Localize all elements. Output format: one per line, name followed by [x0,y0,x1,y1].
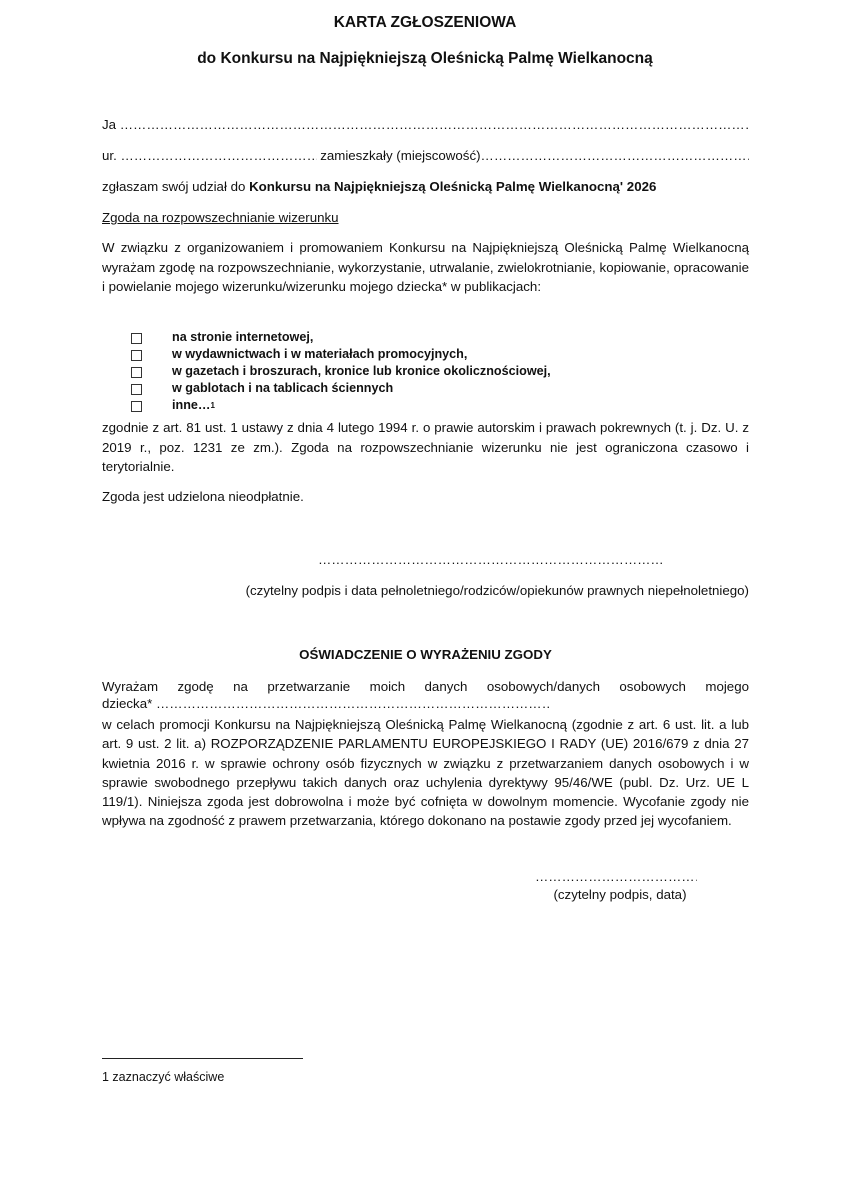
residence-label: zamieszkały (miejscowość) [320,148,480,163]
checkbox-icon[interactable] [131,333,142,344]
child-label: dziecka* [102,696,152,711]
footnote-ref: 1 [210,397,214,414]
child-field[interactable]: …………………………………………………………………………………………………………… [156,696,551,711]
checkbox-icon[interactable] [131,401,142,412]
option-label: w gablotach i na tablicach ściennych [172,380,393,397]
signature-caption-data-consent: (czytelny podpis, data) [540,887,700,902]
checkbox-icon[interactable] [131,350,142,361]
option-label: na stronie internetowej, [172,329,313,346]
option-website[interactable]: na stronie internetowej, [131,329,731,346]
option-showcases[interactable]: w gablotach i na tablicach ściennych [131,380,731,397]
child-row: dziecka* …………………………………………………………………………………… [102,696,749,711]
option-publications[interactable]: w wydawnictwach i w materiałach promocyj… [131,346,731,363]
name-label: Ja [102,117,116,132]
free-of-charge-note: Zgoda jest udzielona nieodpłatnie. [102,489,749,504]
participation-statement: zgłaszam swój udział do Konkursu na Najp… [102,179,749,194]
document-title: KARTA ZGŁOSZENIOWA [0,14,850,32]
signature-field-data-consent[interactable]: …………………………………………………………………………………………………………… [535,869,697,884]
participation-contest-name: Konkursu na Najpiękniejszą Oleśnicką Pal… [249,179,656,194]
option-label: inne… [172,397,210,414]
born-residence-row: ur. ………………………………………………………………………………………………… [102,148,749,163]
signature-field-image-consent[interactable]: …………………………………………………………………………………………………………… [318,552,664,567]
data-consent-body: w celach promocji Konkursu na Najpięknie… [102,715,749,831]
option-label: w gazetach i broszurach, kronice lub kro… [172,363,551,380]
residence-field[interactable]: …………………………………………………………………………………………………………… [481,148,749,163]
name-row: Ja …………………………………………………………………………………………………… [102,117,749,132]
data-consent-heading: OŚWIADCZENIE O WYRAŻENIU ZGODY [102,647,749,662]
footnote-separator [102,1058,303,1059]
checkbox-icon[interactable] [131,367,142,378]
signature-caption-image-consent: (czytelny podpis i data pełnoletniego/ro… [102,583,749,598]
document-subtitle: do Konkursu na Najpiękniejszą Oleśnicką … [0,50,850,68]
born-field[interactable]: …………………………………………………………………………………………………………… [121,148,317,163]
option-other[interactable]: inne…1 [131,397,731,414]
participation-prefix: zgłaszam swój udział do [102,179,249,194]
image-consent-intro: W związku z organizowaniem i promowaniem… [102,238,749,297]
publication-options: na stronie internetowej, w wydawnictwach… [131,329,731,414]
born-label: ur. [102,148,117,163]
legal-basis: zgodnie z art. 81 ust. 1 ustawy z dnia 4… [102,418,749,477]
data-consent-line1: Wyrażam zgodę na przetwarzanie moich dan… [102,677,749,697]
option-label: w wydawnictwach i w materiałach promocyj… [172,346,467,363]
footnote-text: 1 zaznaczyć właściwe [102,1070,224,1084]
option-newspapers[interactable]: w gazetach i broszurach, kronice lub kro… [131,363,731,380]
name-field[interactable]: …………………………………………………………………………………………………………… [120,117,749,132]
checkbox-icon[interactable] [131,384,142,395]
image-consent-heading: Zgoda na rozpowszechnianie wizerunku [102,210,749,225]
